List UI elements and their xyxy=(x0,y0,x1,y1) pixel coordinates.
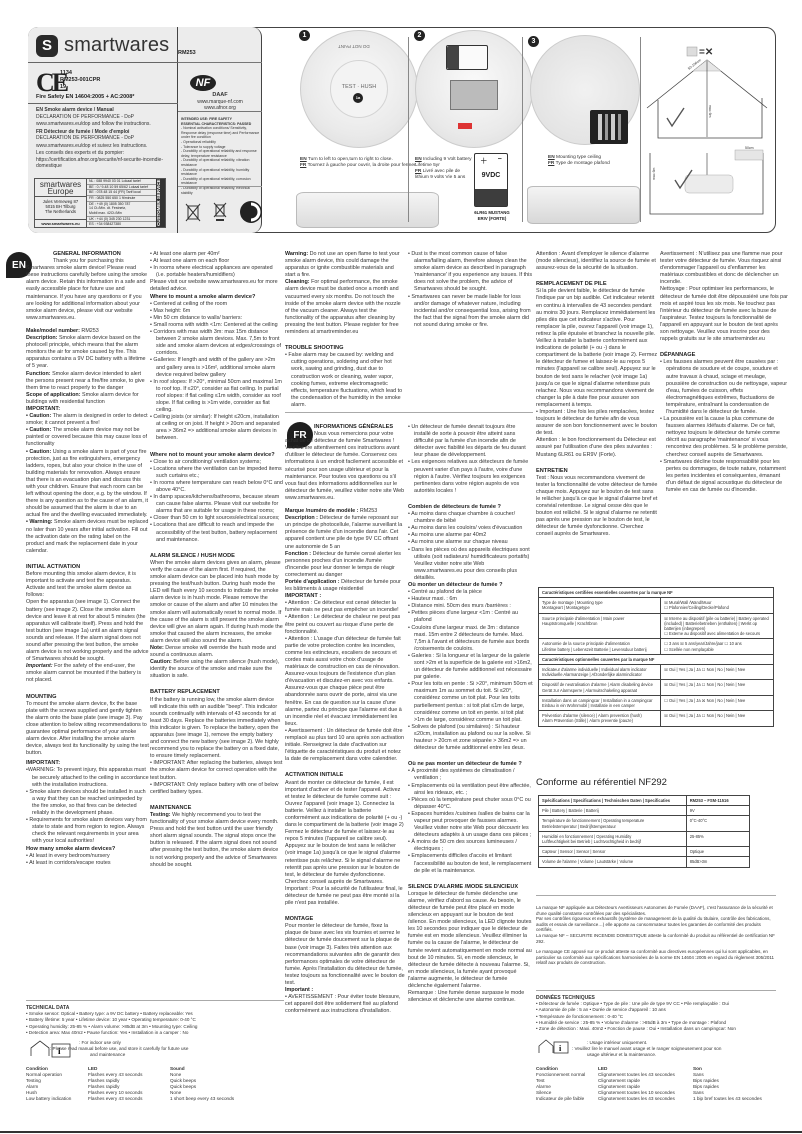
step3-caption: EN Mounting type ceiling FR Type de mont… xyxy=(548,155,638,167)
fire-safety-standard: Fire Safety EN 14604:2005 + AC:2008* xyxy=(36,94,134,100)
recycling-icons xyxy=(185,200,263,224)
table-row: Dispositif de neutralisation d'alarme | … xyxy=(539,680,774,695)
table-row: Prévention d'alarme (silence) | Alarm pr… xyxy=(539,711,774,726)
fr-column-4: Avertissement : N'utilisez pas une flamm… xyxy=(660,251,788,494)
dop-link[interactable]: www.smartwares.eu/dop and follow the ins… xyxy=(36,121,174,128)
battery-9v-icon: ＋− 9VDC xyxy=(474,153,508,207)
customer-service-box: smartwaresEurope Jules Verneweg 87 5015 … xyxy=(34,178,166,228)
eu-address: Jules Verneweg 87 5015 BH Tilburg The Ne… xyxy=(35,197,86,219)
divider xyxy=(640,37,641,222)
table-row: Humidité en fonctionnement | Operating H… xyxy=(539,831,750,846)
page-bottom-border xyxy=(0,1131,802,1133)
fr-technical-data: DONNÉES TECHNIQUES • Détecteur de fumée … xyxy=(536,995,776,1032)
en-column-4: • Dust is the most common cause of false… xyxy=(408,251,533,329)
eu-website[interactable]: www.smartwares.eu xyxy=(35,219,86,227)
brand-logo: S smartwares xyxy=(36,34,169,57)
afnor-link[interactable]: https://certification.afnor.org/securite… xyxy=(36,157,174,170)
section-divider xyxy=(536,990,776,991)
section-divider xyxy=(26,1000,284,1001)
ce-line: RM253-001CPR xyxy=(60,77,100,84)
checkmark-icon xyxy=(667,108,684,126)
step2-caption: EN Including 9 Volt battery Lifetime 5yr… xyxy=(415,157,475,181)
step-number-1: 1 xyxy=(299,30,310,41)
divider xyxy=(178,186,262,187)
divider xyxy=(178,111,262,112)
table-row: Volume de l'alarme | Volume | Lautstärke… xyxy=(539,857,750,867)
battery-connector xyxy=(458,123,472,129)
en-condition-table: ConditionLEDSound Normal operationFlashe… xyxy=(26,1066,280,1102)
dop-info: EN Smoke alarm device / Manual DECLARATI… xyxy=(36,107,174,170)
marker-1a: 1a xyxy=(353,93,363,103)
svg-text:=✕: =✕ xyxy=(699,47,713,58)
nf-notes: La marque NF appliquée aux Détecteurs Av… xyxy=(536,905,776,966)
ce-line: 1134 xyxy=(60,70,100,77)
placement-diagram: =✕ max 6m 50-100cm 50cm max 6m xyxy=(645,40,775,220)
nf-characteristics-table: Caractéristiques certifiées essentielles… xyxy=(538,587,774,727)
table-row: Capteur | Sensor | Sensor | SensorOptiqu… xyxy=(539,847,750,857)
house-icon xyxy=(539,1040,553,1053)
intended-use: INTENDED USE: FIRE SAFETY ESSENTIAL CHAR… xyxy=(181,117,261,195)
table-row: Type de montage | Mounting type Montagea… xyxy=(539,598,774,613)
brand-name: smartwares xyxy=(64,34,169,57)
fr-column-2: • Un détecteur de fumée devrait toujours… xyxy=(408,424,533,1004)
table-row: Autonomie de la source principale d'alim… xyxy=(539,639,774,654)
divider xyxy=(408,37,409,222)
weee-bin-icon xyxy=(185,202,201,222)
table-row: Source principale d'alimentation | Main … xyxy=(539,613,774,639)
fr-column-1: INFORMATIONS GÉNÉRALES Nous vous remerci… xyxy=(285,424,405,1016)
roof-height-label: max 6m xyxy=(708,105,712,118)
ce-line: 19 xyxy=(60,84,100,91)
eu-brand: smartwaresEurope xyxy=(35,179,86,197)
brand-mark-icon: S xyxy=(36,35,58,57)
section-title: GENERAL INFORMATION xyxy=(53,251,149,258)
table-header: Caractéristiques optionnelles couvertes … xyxy=(539,654,774,664)
ce-info: 1134 RM253-001CPR 19 xyxy=(60,70,100,91)
nf-info: DAAF www.marque-nf.com www.afnor.org xyxy=(180,92,260,112)
divider xyxy=(28,103,178,104)
green-dot-icon xyxy=(239,200,263,224)
dop-line: DECLARATION OF PERFORMANCE - DoP xyxy=(36,114,174,121)
section-divider xyxy=(285,412,533,413)
en-indoor-manual: : For indoor use only : Please read manu… xyxy=(74,1040,274,1059)
fr-column-3: Attention : Avant d'employer le silence … xyxy=(536,251,658,539)
dop-line: DECLARATION DE PERFORMANCE - DoP xyxy=(36,135,174,142)
table-row: Installation dans un campingcar | Instal… xyxy=(539,695,774,710)
table-row: Température de fonctionnement | Operatin… xyxy=(539,816,750,831)
nf292-spec-table: Spécifications | Specifications | Techni… xyxy=(538,795,750,868)
battery-bin-icon xyxy=(213,202,227,222)
battery-compartment xyxy=(450,80,498,110)
base-plate-side-view xyxy=(527,186,640,224)
indoor-manual-icons: i xyxy=(538,1039,570,1055)
model-number: RM253 xyxy=(178,50,196,56)
fr-indoor-manual: : Usage intérieur uniquement. : Veuillez… xyxy=(572,1040,772,1059)
table-header: Caractéristiques certifiées essentielles… xyxy=(539,588,774,598)
test-hush-label: TEST · HUSH xyxy=(336,84,382,90)
en-column-3: Warning: Do not use an open flame to tes… xyxy=(285,251,405,409)
nf292-title: Conforme au référentiel NF292 xyxy=(536,777,667,788)
detector-side-view xyxy=(296,192,439,228)
svg-text:i: i xyxy=(559,1044,562,1053)
en-column-2: • At least one alarm per 40m² • At least… xyxy=(150,251,283,869)
divider xyxy=(522,37,523,222)
table-row: Pile | Battery | Batterie | Batterij9V xyxy=(539,806,750,816)
en-technical-data: TECHNICAL DATA • Smoke sensor: Optical •… xyxy=(26,1005,284,1036)
divider xyxy=(178,62,262,63)
svg-text:50cm: 50cm xyxy=(745,146,754,150)
house-icon xyxy=(31,1041,49,1056)
do-not-paint-text: DO NOT PAINT xyxy=(338,44,370,49)
en-column-1: GENERAL INFORMATION Thank you for purcha… xyxy=(26,251,149,867)
table-row: Indicateur d'alarme individuelle | Indiv… xyxy=(539,665,774,680)
step-number-2: 2 xyxy=(414,30,425,41)
section-divider xyxy=(536,895,776,896)
screws-and-plugs-icon xyxy=(590,110,628,144)
fr-condition-table: ConditionLEDSon Fonctionnement normalCli… xyxy=(536,1066,783,1102)
customer-service-label: CUSTOMER SERVICE xyxy=(156,179,165,227)
battery-models: 6LR61 MUSTANG ERIV (FORTE) xyxy=(470,210,514,221)
svg-text:max 6m: max 6m xyxy=(652,167,656,180)
battery-in-detector xyxy=(446,45,488,70)
nf-logo-icon: NF xyxy=(190,75,216,91)
dop-link[interactable]: www.smartwares.eu/dop et suivez les inst… xyxy=(36,143,174,150)
step-number-3: 3 xyxy=(528,36,539,47)
eu-phones: NL : 088 9940 03 01 Lokaal tarief BE : 0… xyxy=(87,179,156,227)
